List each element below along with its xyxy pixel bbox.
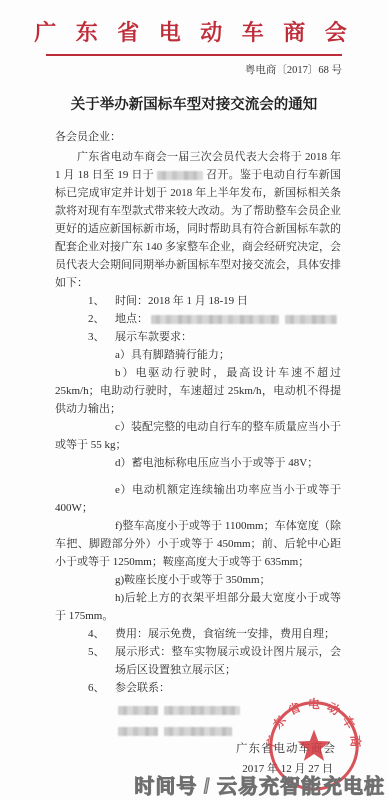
redacted-contact-name xyxy=(118,727,158,736)
requirement-g: g)鞍座长度小于或等于 350mm； xyxy=(55,571,341,589)
letterhead: 广 东 省 电 动 车 商 会 粤电商〔2017〕68 号 xyxy=(0,0,388,77)
document-body: 各会员企业： 广东省电动车商会一届三次会员代表大会将于 2018 年 1 月 1… xyxy=(55,128,341,739)
requirement-d: d）蓄电池标称电压应当小于或等于 48V； xyxy=(55,454,341,472)
redacted-contact-name xyxy=(118,706,158,715)
redacted-contact-phone xyxy=(164,706,240,715)
redacted-location-note xyxy=(285,315,337,324)
list-item-display-format: 5、展示形式：整车实物展示或设计图片展示，会场后区设置独立展示区； xyxy=(55,643,341,679)
intro-paragraph: 广东省电动车商会一届三次会员代表大会将于 2018 年 1 月 18 日至 19… xyxy=(55,148,341,292)
salutation: 各会员企业： xyxy=(55,128,341,146)
redacted-location xyxy=(151,315,279,324)
watermark-text: 时间号 / 云易充智能充电桩 xyxy=(134,770,385,799)
list-item-location: 2、地点： xyxy=(55,310,341,328)
list-item-number: 3、 xyxy=(88,328,105,346)
list-item-text: 地点： xyxy=(115,313,148,325)
requirement-h: h)后轮上方的衣架平坦部分最大宽度小于或等于 175mm。 xyxy=(55,589,341,625)
list-item-fees: 4、费用：展示免费，食宿统一安排，费用自理； xyxy=(55,625,341,643)
list-item-text: 展示车款要求： xyxy=(115,331,192,343)
star-icon xyxy=(298,730,331,761)
redacted-venue xyxy=(157,171,203,180)
letterhead-divider xyxy=(46,54,342,56)
requirement-b: b）电驱动行驶时，最高设计车速不超过 25km/h；电助动行驶时，车速超过 25… xyxy=(55,364,341,418)
scanned-notice-document: 广 东 省 电 动 车 商 会 粤电商〔2017〕68 号 关于举办新国标车型对… xyxy=(0,0,388,800)
list-item-text: 参会联系： xyxy=(115,682,170,694)
list-item-text: 费用：展示免费，食宿统一安排，费用自理； xyxy=(115,628,335,640)
list-item-text: 展示形式：整车实物展示或设计图片展示，会场后区设置独立展示区； xyxy=(115,646,341,676)
list-item-time: 1、时间：2018 年 1 月 18-19 日 xyxy=(55,292,341,310)
requirement-a: a）具有脚踏骑行能力； xyxy=(55,346,341,364)
list-item-number: 1、 xyxy=(88,292,105,310)
intro-text-after: 召开。鉴于电动自行车新国标已完成审定并计划于 2018 年上半年发布，新国标相关… xyxy=(55,169,341,289)
requirement-f: f)整车高度小于或等于 1100mm；车体宽度（除车把、脚蹬部分外）小于或等于 … xyxy=(55,517,341,571)
list-item-contact: 6、参会联系： xyxy=(55,679,341,697)
list-item-number: 5、 xyxy=(88,643,105,661)
list-item-text: 时间：2018 年 1 月 18-19 日 xyxy=(115,295,248,307)
redacted-contact-phone xyxy=(164,727,232,736)
list-item-number: 2、 xyxy=(88,310,105,328)
list-item-requirements: 3、展示车款要求： xyxy=(55,328,341,346)
requirement-e: e）电动机额定连续输出功率应当小于或等于 400W； xyxy=(55,481,341,517)
document-number: 粤电商〔2017〕68 号 xyxy=(0,62,342,77)
org-name-heading: 广 东 省 电 动 车 商 会 xyxy=(0,16,388,50)
requirement-c: c）装配完整的电动自行车的整车质量应当小于或等于 55 kg； xyxy=(55,418,341,454)
list-item-number: 4、 xyxy=(88,625,105,643)
list-item-number: 6、 xyxy=(88,679,105,697)
document-title: 关于举办新国标车型对接交流会的通知 xyxy=(0,93,388,114)
